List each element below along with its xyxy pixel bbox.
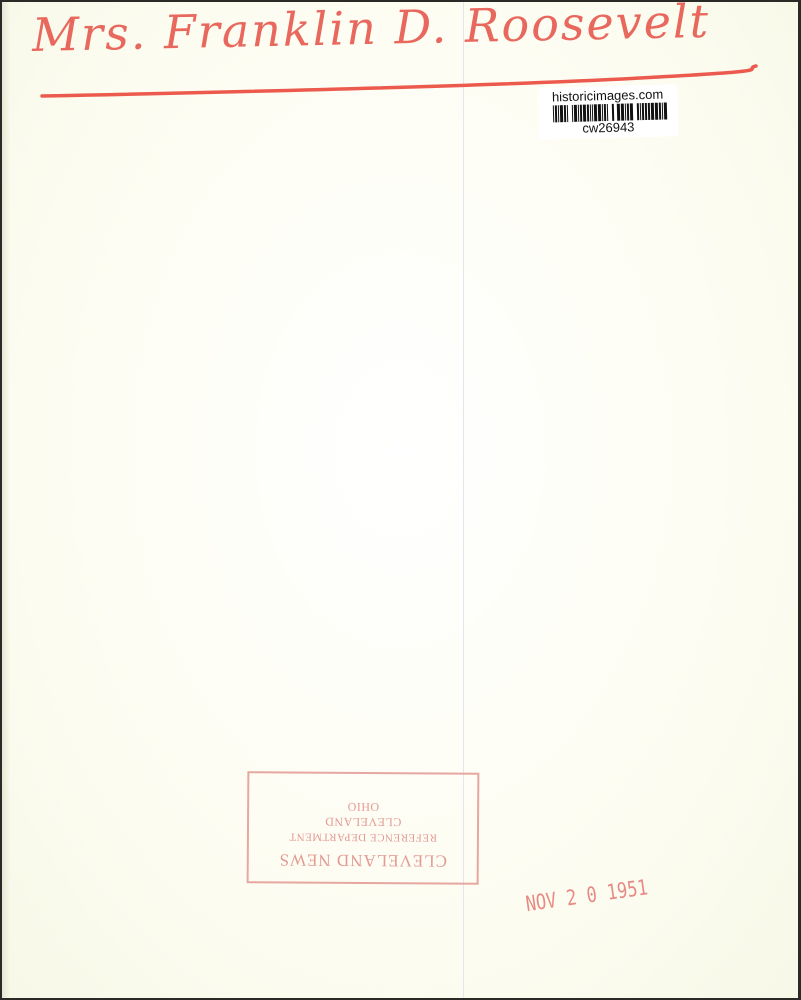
stamp-line-2: REFERENCE DEPARTMENT [249, 828, 477, 845]
stamp-line-3: CLEVELAND [249, 813, 477, 830]
stamp-line-4: OHIO [249, 798, 477, 815]
photo-back-paper: Mrs. Franklin D. Roosevelt historicimage… [2, 2, 798, 998]
archive-stamp: CLEVELAND NEWS REFERENCE DEPARTMENT CLEV… [247, 771, 480, 885]
barcode-label: historicimages.com cw26943 [537, 84, 678, 140]
handwritten-caption: Mrs. Franklin D. Roosevelt [31, 0, 710, 62]
date-stamp: NOV 2 0 1951 [524, 876, 649, 918]
paper-edge-shadow [2, 2, 10, 998]
stamp-line-1: CLEVELAND NEWS [249, 849, 477, 871]
